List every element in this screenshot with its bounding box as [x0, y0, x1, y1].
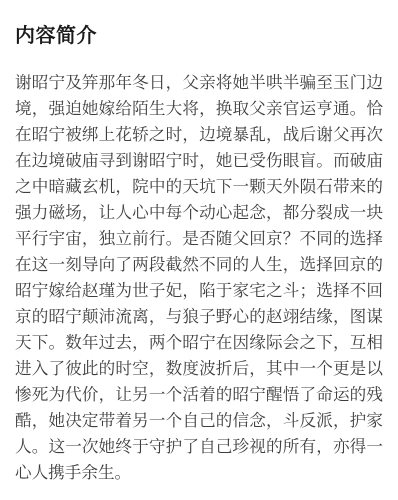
section-title: 内容简介 — [15, 25, 383, 48]
synopsis-page: 内容简介 谢昭宁及笄那年冬日，父亲将她半哄半骗至玉门边境，强迫她嫁给陌生大将，换… — [0, 0, 398, 500]
synopsis-text: 谢昭宁及笄那年冬日，父亲将她半哄半骗至玉门边境，强迫她嫁给陌生大将，换取父亲官运… — [15, 70, 383, 486]
